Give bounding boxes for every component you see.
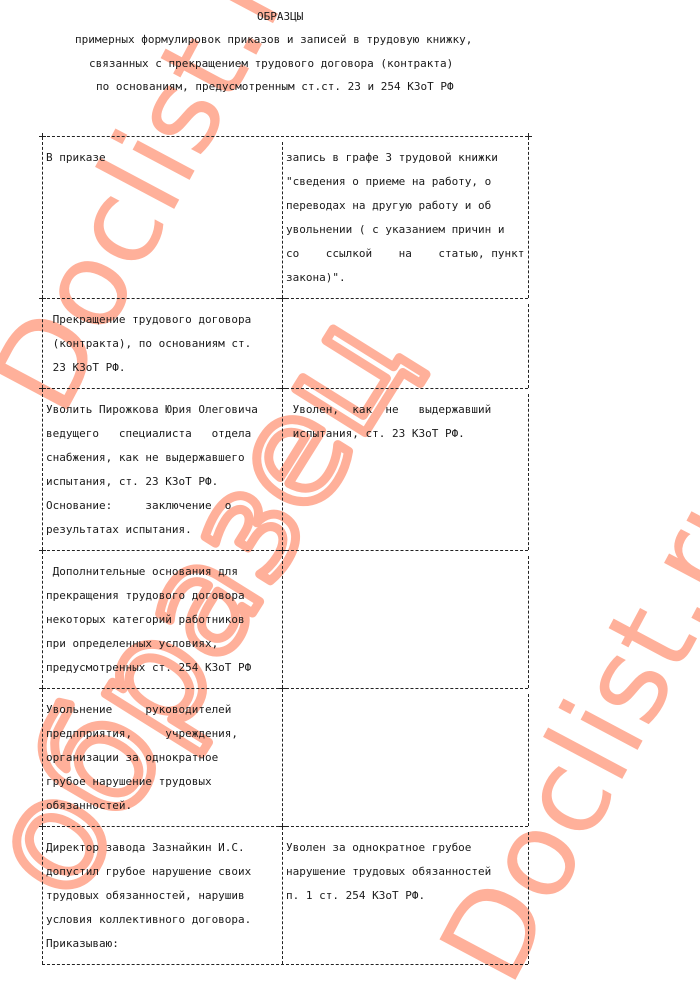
table-border bbox=[282, 304, 283, 388]
table-border bbox=[42, 694, 43, 826]
table-corner bbox=[279, 823, 286, 830]
table-border bbox=[42, 556, 43, 688]
table-border bbox=[282, 556, 283, 688]
table-border bbox=[282, 142, 283, 298]
cell-order-text: В приказе bbox=[46, 146, 106, 170]
cell-order-text: Увольнение руководителей предпприятия, у… bbox=[46, 698, 238, 818]
table-corner bbox=[39, 823, 46, 830]
table-corner bbox=[279, 295, 286, 302]
table-border bbox=[42, 136, 528, 137]
table-corner bbox=[39, 685, 46, 692]
cell-workbook-text: Уволен за однократное грубое нарушение т… bbox=[286, 836, 491, 908]
table-border bbox=[528, 832, 529, 964]
cell-workbook-text: Уволен, как не выдержавший испытания, ст… bbox=[286, 398, 491, 446]
table-border bbox=[42, 964, 528, 965]
table-border bbox=[282, 394, 283, 550]
subtitle-line-3: по основаниям, предусмотренным ст.ст. 23… bbox=[96, 80, 454, 94]
table-border bbox=[282, 694, 283, 826]
subtitle-line-1: примерных формулировок приказов и записе… bbox=[75, 33, 472, 47]
table-border bbox=[528, 142, 529, 298]
watermark-right: Doclist.ru bbox=[413, 442, 700, 1000]
table-border bbox=[528, 556, 529, 688]
table-corner bbox=[279, 685, 286, 692]
table-corner bbox=[39, 295, 46, 302]
table-border bbox=[42, 832, 43, 964]
table-border bbox=[42, 142, 43, 298]
table-border bbox=[42, 304, 43, 388]
cell-order-text: Директор завода Зазнайкин И.С. допустил … bbox=[46, 836, 251, 956]
cell-order-text: Прекращение трудового договора (контракт… bbox=[46, 308, 251, 380]
table-corner bbox=[525, 133, 532, 140]
table-border bbox=[42, 394, 43, 550]
table-corner bbox=[39, 385, 46, 392]
document-title: ОБРАЗЦЫ bbox=[257, 10, 303, 24]
subtitle-line-2: связанных с прекращением трудового догов… bbox=[89, 57, 453, 71]
table-border bbox=[528, 694, 529, 826]
table-border bbox=[282, 832, 283, 964]
cell-workbook-text: запись в графе 3 трудовой книжки "сведен… bbox=[286, 146, 524, 290]
table-corner bbox=[279, 547, 286, 554]
table-border bbox=[528, 394, 529, 550]
table-corner bbox=[39, 133, 46, 140]
table-corner bbox=[39, 547, 46, 554]
table-border bbox=[528, 304, 529, 388]
table-corner bbox=[279, 385, 286, 392]
cell-order-text: Уволить Пирожкова Юрия Олеговича ведущег… bbox=[46, 398, 258, 542]
cell-order-text: Дополнительные основания для прекращения… bbox=[46, 560, 251, 680]
